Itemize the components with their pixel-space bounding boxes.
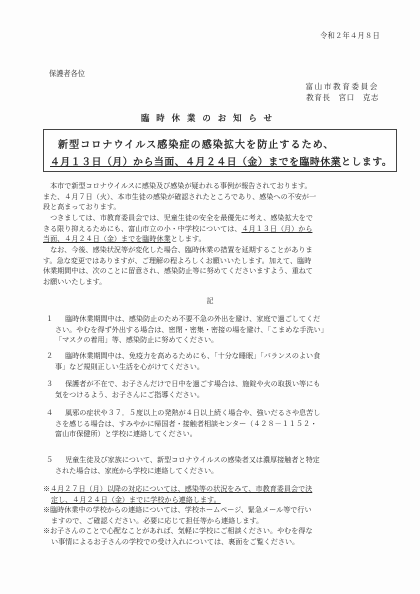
note-text: ４月２７日（月）以降の対応については、感染等の状況をみて、市教育委員会で決 (50, 484, 312, 493)
item-text: 富山市保健所）と学校に連絡してください。 (46, 429, 406, 440)
note-3: ※お子さんのことで心配なことがあれば、気軽に学校にご相談ください。やむを得な い… (43, 526, 403, 547)
body-paragraph-1: 本市で新型コロナウイルスに感染及び感染が疑われる事例が報告されております。 また… (43, 181, 403, 213)
body-line: 本市で新型コロナウイルスに感染及び感染が疑われる事例が報告されております。 (43, 181, 403, 192)
body-text-span: きる限り抑えるためにも、富山市立の小・中学校については、 (43, 224, 241, 233)
item-text: 「マスクの着用」等、感染防止に努めてください。 (46, 335, 406, 346)
body-line: きる限り抑えるためにも、富山市立の小・中学校については、４月１３日（月）から (43, 224, 403, 235)
item-number: ５ (46, 455, 58, 466)
item-text: さを感じる場合は、すみやかに帰国者・接触者相談センター（４２８－１１５２・ (46, 419, 406, 430)
notice-box-line1: 新型コロナウイルス感染症の感染拡大を防止するため、 (58, 136, 335, 151)
notice-document: 令和２年４月８日 保護者各位 富山市教育委員会 教育長 宮口 克志 臨時休業のお… (0, 0, 420, 594)
document-title: 臨時休業のお知らせ (0, 112, 420, 124)
list-item-4: ４ 風邪の症状や３７．５度以上の発熱が４日以上続く場合や、強いだるさや息苦し さ… (46, 408, 406, 440)
notes-section: ※４月２７日（月）以降の対応については、感染等の状況をみて、市教育委員会で決 定… (43, 484, 403, 548)
item-number: ２ (46, 351, 58, 362)
body-line: なお、今後、感染状況等が変化した場合、臨時休業の措置を延期することがありま (43, 245, 403, 256)
item-text: 保護者が不在で、お子さんだけで日中を過ごす場合は、施錠や火の取扱い等にも (65, 379, 320, 388)
body-text-span: とします。 (171, 234, 206, 243)
item-text: 児童生徒及び家族について、新型コロナウイルスの感染者又は濃厚接触者と特定 (65, 455, 320, 464)
body-line: つきましては、市教育委員会では、児童生徒の安全を最優先に考え、感染拡大をで (43, 213, 403, 224)
body-paragraph-3: なお、今後、感染状況等が変化した場合、臨時休業の措置を延期することがありま す。… (43, 245, 403, 287)
list-item-2: ２ 臨時休業期間中は、免疫力を高めるためにも、「十分な睡眠」「バランスのよい食 … (46, 351, 406, 372)
addressee: 保護者各位 (49, 69, 85, 79)
issuer-person: 教育長 宮口 克志 (306, 92, 379, 103)
item-text: された場合は、家庭から学校に連絡してください。 (46, 466, 406, 477)
body-line: 当面、４月２４日（金）までを臨時休業とします。 (43, 234, 403, 245)
note-text: お子さんのことで心配なことがあれば、気軽に学校にご相談ください。やむを得な (50, 526, 312, 535)
item-text: さい。やむを得ず外出する場合は、密閉・密集・密接の場を避け、「こまめな手洗い」 (46, 325, 406, 336)
item-text: 風邪の症状や３７．５度以上の発熱が４日以上続く場合や、強いだるさや息苦し (65, 408, 320, 417)
closure-start-underlined: ４月１３日（月）から (241, 224, 312, 233)
issuer-organization: 富山市教育委員会 (305, 81, 379, 92)
notice-box-line2: ４月１３日（月）から当面、４月２４日（金）までを臨時休業とします。 (50, 154, 392, 168)
note-text: ますので、ご確認ください。必要に応じて担任等から連絡します。 (43, 516, 403, 527)
note-text: 臨時休業中の学校からの連絡については、学校ホームページ、緊急メール等で行い (50, 505, 311, 514)
body-paragraph-2: つきましては、市教育委員会では、児童生徒の安全を最優先に考え、感染拡大をで きる… (43, 213, 403, 245)
list-item-5: ５ 児童生徒及び家族について、新型コロナウイルスの感染者又は濃厚接触者と特定 さ… (46, 455, 406, 476)
body-line: また、４月７日（火）、本市生徒の感染が確認されたところであり、感染への不安が一 (43, 192, 403, 203)
ki-label: 記 (0, 296, 420, 306)
body-line: 段と高まっております。 (43, 202, 403, 213)
note-text: 定し、４月２４日（金）までに学校から連絡します。 (51, 495, 221, 504)
item-number: ３ (46, 379, 58, 390)
note-2: ※臨時休業中の学校からの連絡については、学校ホームページ、緊急メール等で行い ま… (43, 505, 403, 526)
note-1: ※４月２７日（月）以降の対応については、感染等の状況をみて、市教育委員会で決 定… (43, 484, 403, 505)
closure-end-underlined: 当面、４月２４日（金）までを臨時休業 (43, 234, 171, 243)
item-text: 臨時休業期間中は、免疫力を高めるためにも、「十分な睡眠」「バランスのよい食 (65, 351, 320, 360)
notice-box-line2-rest: とします。 (341, 157, 392, 168)
list-item-3: ３ 保護者が不在で、お子さんだけで日中を過ごす場合は、施錠や火の取扱い等にも 気… (46, 379, 406, 400)
item-number: １ (46, 314, 58, 325)
body-line: 休業期間中は、次のことに留意され、感染防止等に努めてくださいますよう、重ねて (43, 266, 403, 277)
body-line: す。急な変更ではありますが、ご理解の程よろしくお願いいたします。加えて、臨時 (43, 256, 403, 267)
note-text: い事情によるお子さんの学校での受け入れについては、裏面をご覧ください。 (43, 537, 403, 548)
notice-box: 新型コロナウイルス感染症の感染拡大を防止するため、 ４月１３日（月）から当面、４… (43, 129, 397, 172)
closure-period: ４月１３日（月）から当面、４月２４日（金）までを臨時休業 (50, 157, 341, 168)
body-line: お願いいたします。 (43, 277, 403, 288)
item-text: 気をつけるよう、お子さんにご指導ください。 (46, 390, 406, 401)
list-item-1: １ 臨時休業期間中は、感染防止のため不要不急の外出を避け、家庭で過ごしてくだ さ… (46, 314, 406, 346)
item-text: 事」など規則正しい生活を心がけてください。 (46, 362, 406, 373)
item-number: ４ (46, 408, 58, 419)
issue-date: 令和２年４月８日 (320, 31, 380, 41)
item-text: 臨時休業期間中は、感染防止のため不要不急の外出を避け、家庭で過ごしてくだ (65, 314, 320, 323)
